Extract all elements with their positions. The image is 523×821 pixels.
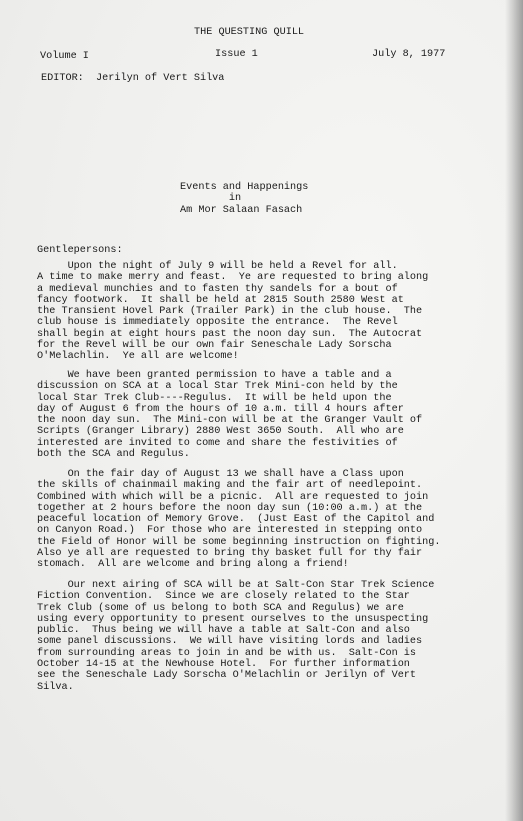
paragraph-line: day of August 6 from the hours of 10 a.m… — [37, 404, 422, 415]
salutation: Gentlepersons: — [37, 245, 123, 256]
paragraph-line: the Transient Hovel Park (Trailer Park) … — [37, 306, 428, 317]
paragraph-line: using every opportunity to present ourse… — [37, 614, 434, 625]
paragraph-line: fancy footwork. It shall be held at 2815… — [37, 295, 428, 306]
paragraph-line: Trek Club (some of us belong to both SCA… — [37, 603, 434, 614]
paragraph-line: the skills of chainmail making and the f… — [37, 480, 441, 491]
paragraph-line: a medieval munchies and to fasten thy sa… — [37, 284, 428, 295]
heading-line-3: Am Mor Salaan Fasach — [180, 205, 290, 216]
paragraph-revel: Upon the night of July 9 will be held a … — [37, 261, 428, 363]
section-heading: Events and Happenings in Am Mor Salaan F… — [180, 182, 290, 216]
paragraph-line: on Canyon Road.) For those who are inter… — [37, 525, 441, 536]
heading-line-1: Events and Happenings — [180, 182, 290, 193]
paragraph-line: see the Seneschale Lady Sorscha O'Melach… — [37, 670, 434, 681]
paragraph-line: public. Thus being we will have a table … — [37, 625, 434, 636]
paragraph-class-picnic: On the fair day of August 13 we shall ha… — [37, 469, 441, 571]
paragraph-line: interested are invited to come and share… — [37, 438, 422, 449]
issue-label: Issue 1 — [215, 49, 258, 60]
paragraph-line: October 14-15 at the Newhouse Hotel. For… — [37, 659, 434, 670]
paragraph-line: for the Revel will be our own fair Senes… — [37, 340, 428, 351]
paragraph-line: the Field of Honor will be some beginnin… — [37, 537, 441, 548]
paragraph-line: Upon the night of July 9 will be held a … — [37, 261, 428, 272]
paragraph-line: together at 2 hours before the noon day … — [37, 503, 441, 514]
editor-line: EDITOR: Jerilyn of Vert Silva — [41, 73, 224, 84]
heading-line-2: in — [180, 193, 290, 204]
paragraph-line: O'Melachlin. Ye all are welcome! — [37, 351, 428, 362]
paragraph-line: local Star Trek Club----Regulus. It will… — [37, 393, 422, 404]
paragraph-line: peaceful location of Memory Grove. (Just… — [37, 514, 441, 525]
paragraph-line: from surrounding areas to join in and be… — [37, 648, 434, 659]
newsletter-title: THE QUESTING QUILL — [194, 27, 304, 38]
volume-label: Volume I — [40, 51, 89, 62]
paragraph-line: club house is immediately opposite the e… — [37, 317, 428, 328]
paragraph-line: shall begin at eight hours past the noon… — [37, 329, 428, 340]
paragraph-line: On the fair day of August 13 we shall ha… — [37, 469, 441, 480]
paragraph-line: stomach. All are welcome and bring along… — [37, 559, 441, 570]
paragraph-line: A time to make merry and feast. Ye are r… — [37, 272, 428, 283]
paragraph-line: both the SCA and Regulus. — [37, 449, 422, 460]
paragraph-saltcon: Our next airing of SCA will be at Salt-C… — [37, 580, 434, 693]
paragraph-line: Also ye all are requested to bring thy b… — [37, 548, 441, 559]
paragraph-line: some panel discussions. We will have vis… — [37, 636, 434, 647]
paragraph-line: the noon day sun. The Mini-con will be a… — [37, 415, 422, 426]
newsletter-page: THE QUESTING QUILL Volume I Issue 1 July… — [0, 0, 523, 821]
issue-date: July 8, 1977 — [372, 49, 445, 60]
paragraph-line: Our next airing of SCA will be at Salt-C… — [37, 580, 434, 591]
paragraph-line: We have been granted permission to have … — [37, 370, 422, 381]
paragraph-minicon: We have been granted permission to have … — [37, 370, 422, 460]
paragraph-line: Fiction Convention. Since we are closely… — [37, 591, 434, 602]
paragraph-line: Combined with which will be a picnic. Al… — [37, 492, 441, 503]
paragraph-line: discussion on SCA at a local Star Trek M… — [37, 381, 422, 392]
paragraph-line: Silva. — [37, 682, 434, 693]
paragraph-line: Scripts (Granger Library) 2880 West 3650… — [37, 426, 422, 437]
